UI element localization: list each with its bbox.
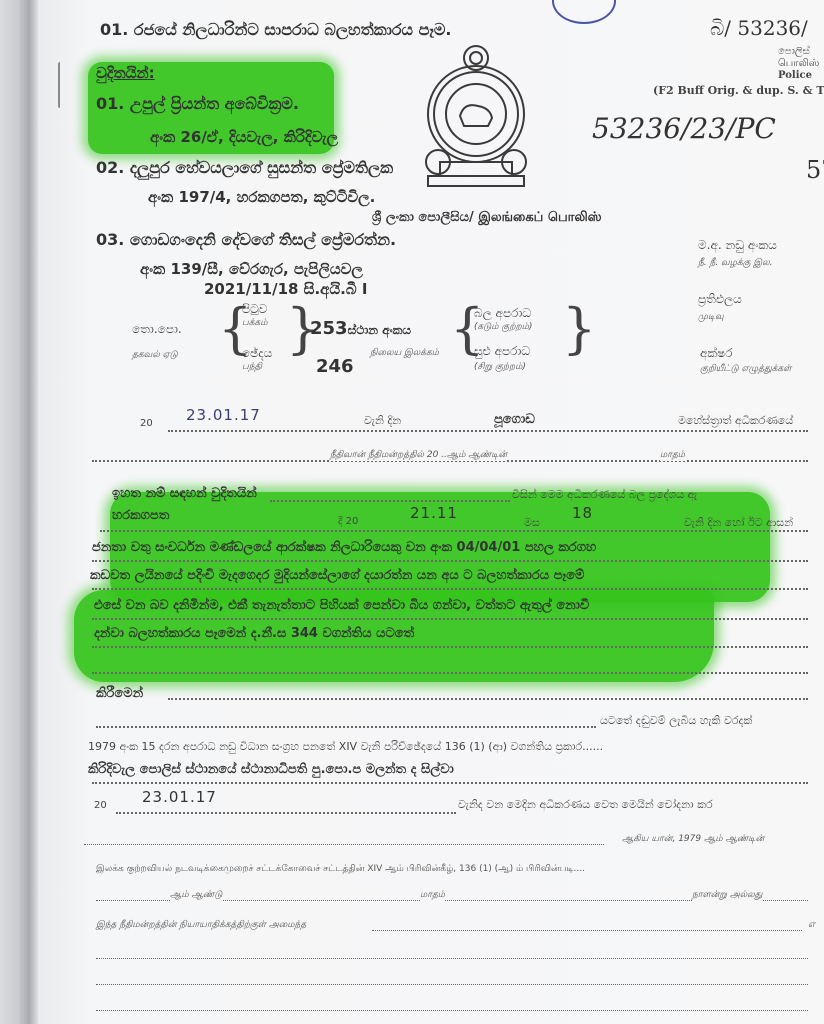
page-fold-shadow	[20, 0, 38, 1024]
month-label: මස	[524, 516, 540, 530]
tamil-line-2: இலக்க குற்றவியல் நடவடிக்கைமுறைச் சட்டக்க…	[96, 864, 585, 875]
suspects-heading: වුදිතයින්:	[96, 64, 155, 82]
dotted-line	[270, 500, 510, 502]
suspect-number: 03.	[96, 230, 124, 249]
info-book-label-si: තො.පො.	[132, 322, 182, 337]
suspect-number: 02.	[96, 158, 124, 177]
magistrate-court-label: මහේස්ත්‍රාත් අධිකරණයේ	[678, 414, 793, 428]
station-label-ta: நிலைய இலக்கம்	[370, 348, 439, 359]
dotted-line	[92, 618, 808, 620]
tamil-line-4-end: எ	[808, 920, 815, 931]
dotted-line	[84, 844, 604, 845]
dotted-line	[92, 560, 808, 562]
hearing-date: 23.01.17	[186, 406, 261, 424]
offence-right-brace: }	[562, 302, 596, 356]
sri-lanka-emblem-icon	[420, 44, 532, 190]
tamil-month: மாதம்	[660, 450, 685, 461]
minor-offence-ta: (சிறு குற்றம்)	[474, 362, 526, 373]
date-prefix: 20	[140, 418, 153, 429]
dotted-line	[100, 530, 808, 532]
dotted-line	[168, 698, 808, 700]
margin-mark	[58, 62, 64, 108]
info-book-label-ta: தகவல் ஏடு	[132, 350, 178, 361]
police-label-en: Police	[778, 70, 812, 81]
cib-reference: 2021/11/18 සි.අයි.බී I	[204, 280, 367, 298]
suspect-name: ගොඩගංදෙනි දේවගේ තිසල් ප්‍රේමරත්න.	[130, 230, 396, 249]
para-label-si: ඡේදය	[242, 346, 272, 361]
offence-line-1: ජනතා වතු සංවර්ධන මණ්ඩලයේ ආරක්ෂක නිලධාරිය…	[92, 540, 596, 555]
day-label: වැනි දින	[364, 414, 401, 428]
jurisdiction-text: විසින් මෙම අධිකරණයේ බල ප්‍රදේශය ඇ	[512, 488, 697, 502]
grave-offence-ta: (கடும் குற்றம்)	[474, 322, 532, 333]
act-reference: 1979 අංක 15 දරන අපරාධ නඩු විධාන සංග්‍රහ …	[88, 740, 603, 754]
complainant-label: ඉහත නම් සඳහන් වුදිතයින්	[112, 486, 257, 501]
station-number: 253	[310, 318, 348, 339]
document-title: 01. රජයේ නිලධාරින්ට සාපරාධ බලහත්කාරය පෑම…	[100, 20, 452, 40]
charge-date: 23.01.17	[142, 788, 217, 806]
offence-year-month: 21.11	[410, 504, 458, 522]
court-place: පූගොඩ	[494, 412, 535, 427]
tamil-year-label: ஆம் ஆண்டு	[170, 890, 222, 901]
para-label-ta: பந்தி	[242, 362, 262, 373]
dotted-line	[116, 812, 456, 814]
dotted-line	[92, 588, 808, 590]
dotted-line	[92, 646, 808, 648]
result-label-si: ප්‍රතිඵලය	[698, 292, 742, 307]
scanned-document-page: 01. රජයේ නිලධාරින්ට සාපරාධ බලහත්කාරය පෑම…	[0, 0, 824, 1024]
offence-line-3: එසේ වන බව දනිමින්ම, එකී තැනැත්තාට පිහියක…	[94, 598, 589, 613]
suspect-1-name: 01. උපුල් ප්‍රියන්ත අබේවික්‍රම.	[96, 94, 299, 114]
punishable-text: යටතේ දඬුවම් ලැබිය හැකි වරදක්	[600, 714, 752, 728]
kiriemen-label: කිරීමෙන්	[96, 686, 143, 701]
offence-day: 18	[572, 504, 593, 522]
year-prefix: දී 20	[338, 516, 358, 527]
officer-name: කිරිදිවැල පොලිස් ස්ථානයේ ස්ථානාධිපති පු.…	[88, 762, 454, 777]
offence-place: හරකගපත	[112, 508, 169, 523]
form-code: (F2 Buff Orig. & dup. S. & T.	[653, 84, 824, 97]
date2-prefix: 20	[94, 800, 107, 811]
case-number-label-ta: நீ. நீ. வழக்கு இல.	[698, 258, 772, 269]
dotted-line	[96, 958, 808, 959]
station-label: ස්ථාන අංකය	[348, 323, 411, 337]
emblem-caption: ශ්‍රී ලංකා පොලීසිය/ இலங்கைப் பொலிஸ்	[372, 210, 602, 226]
dotted-line	[92, 672, 808, 674]
suspect-3-name: 03. ගොඩගංදෙනි දේවගේ තිසල් ප්‍රේමරත්න.	[96, 230, 396, 250]
result-label-ta: முடிவு	[698, 312, 724, 323]
handwritten-case-reference: 53236/23/PC	[592, 112, 776, 145]
suspect-name: දලුපුර හේවයලාගේ සුසන්ත ප්‍රේමතිලක	[130, 158, 393, 177]
suspect-number: 01.	[96, 94, 124, 113]
paragraph-number: 246	[316, 356, 354, 377]
dotted-line	[96, 984, 808, 985]
submitted-text: වැනිද වන මෙදින අධිකරණය වෙත මෙයින් චෝදනා …	[458, 798, 713, 812]
tamil-day-or-label: நாளன்று அல்லது	[692, 890, 762, 901]
offence-line-4: දන්වා බලහත්කාරය පෑමෙන් ද.නී.ස 344 වගන්ති…	[94, 626, 414, 641]
day-or-near-label: වැනි දින හෝ ඊට ආසන්	[684, 516, 793, 530]
tamil-line-4: இந்த நீதிமன்றத்தின் நியாயாதிக்கத்திற்குள…	[96, 920, 306, 931]
letters-label-si: අක්ෂර	[700, 346, 733, 361]
suspect-3-address: අංක 139/සී, වේරගැර, පැපිලියවල	[140, 260, 363, 278]
letters-label-ta: குறியீட்டு எழுத்துக்கள்	[700, 364, 791, 375]
suspect-1-address: අංක 26/ඒ, දියවැල, කිරිදිවැල	[150, 128, 338, 146]
page-number: 57	[806, 156, 824, 184]
suspect-name: උපුල් ප්‍රියන්ත අබේවික්‍රම.	[130, 94, 299, 113]
dotted-line	[168, 430, 808, 432]
page-label-si: පිටුව	[242, 302, 267, 317]
circled-annotation	[552, 0, 616, 24]
offence-line-2: කඩවත ලයිනයේ පදිංචි මැදගෙදර මුදියන්සේලාගේ…	[90, 568, 584, 583]
tamil-line-1: ஆகிய யான், 1979 ஆம் ஆண்டின்	[622, 834, 764, 845]
tamil-court-line: நீதிவான் நீதிமன்றத்தில் 20 ..ஆம் ஆண்டின்	[330, 450, 507, 461]
minor-offence-si: සුළු අපරාධ	[474, 344, 530, 359]
dotted-line	[96, 1010, 808, 1011]
police-label-si: පොලිස්	[778, 46, 810, 57]
suspect-2-name: 02. දලුපුර හේවයලාගේ සුසන්ත ප්‍රේමතිලක	[96, 158, 393, 178]
page-label-ta: பக்கம்	[242, 318, 267, 329]
station-number-group: 253ස්ථාන අංකය	[310, 318, 411, 339]
grave-offence-si: බල අපරාධ	[474, 306, 531, 321]
suspect-2-address: අංක 197/4, හරකගපත, කුට්ටිවිල.	[148, 188, 375, 206]
dotted-line	[372, 930, 802, 931]
dotted-line	[96, 726, 596, 728]
tamil-month-label: மாதம்	[420, 890, 445, 901]
case-number-label-si: ම.අ. නඩු අංකය	[698, 238, 777, 253]
serial-number: බි/ 53236/	[710, 16, 808, 40]
police-label-ta: பொலிஸ்	[778, 58, 819, 70]
dotted-line	[92, 782, 808, 784]
